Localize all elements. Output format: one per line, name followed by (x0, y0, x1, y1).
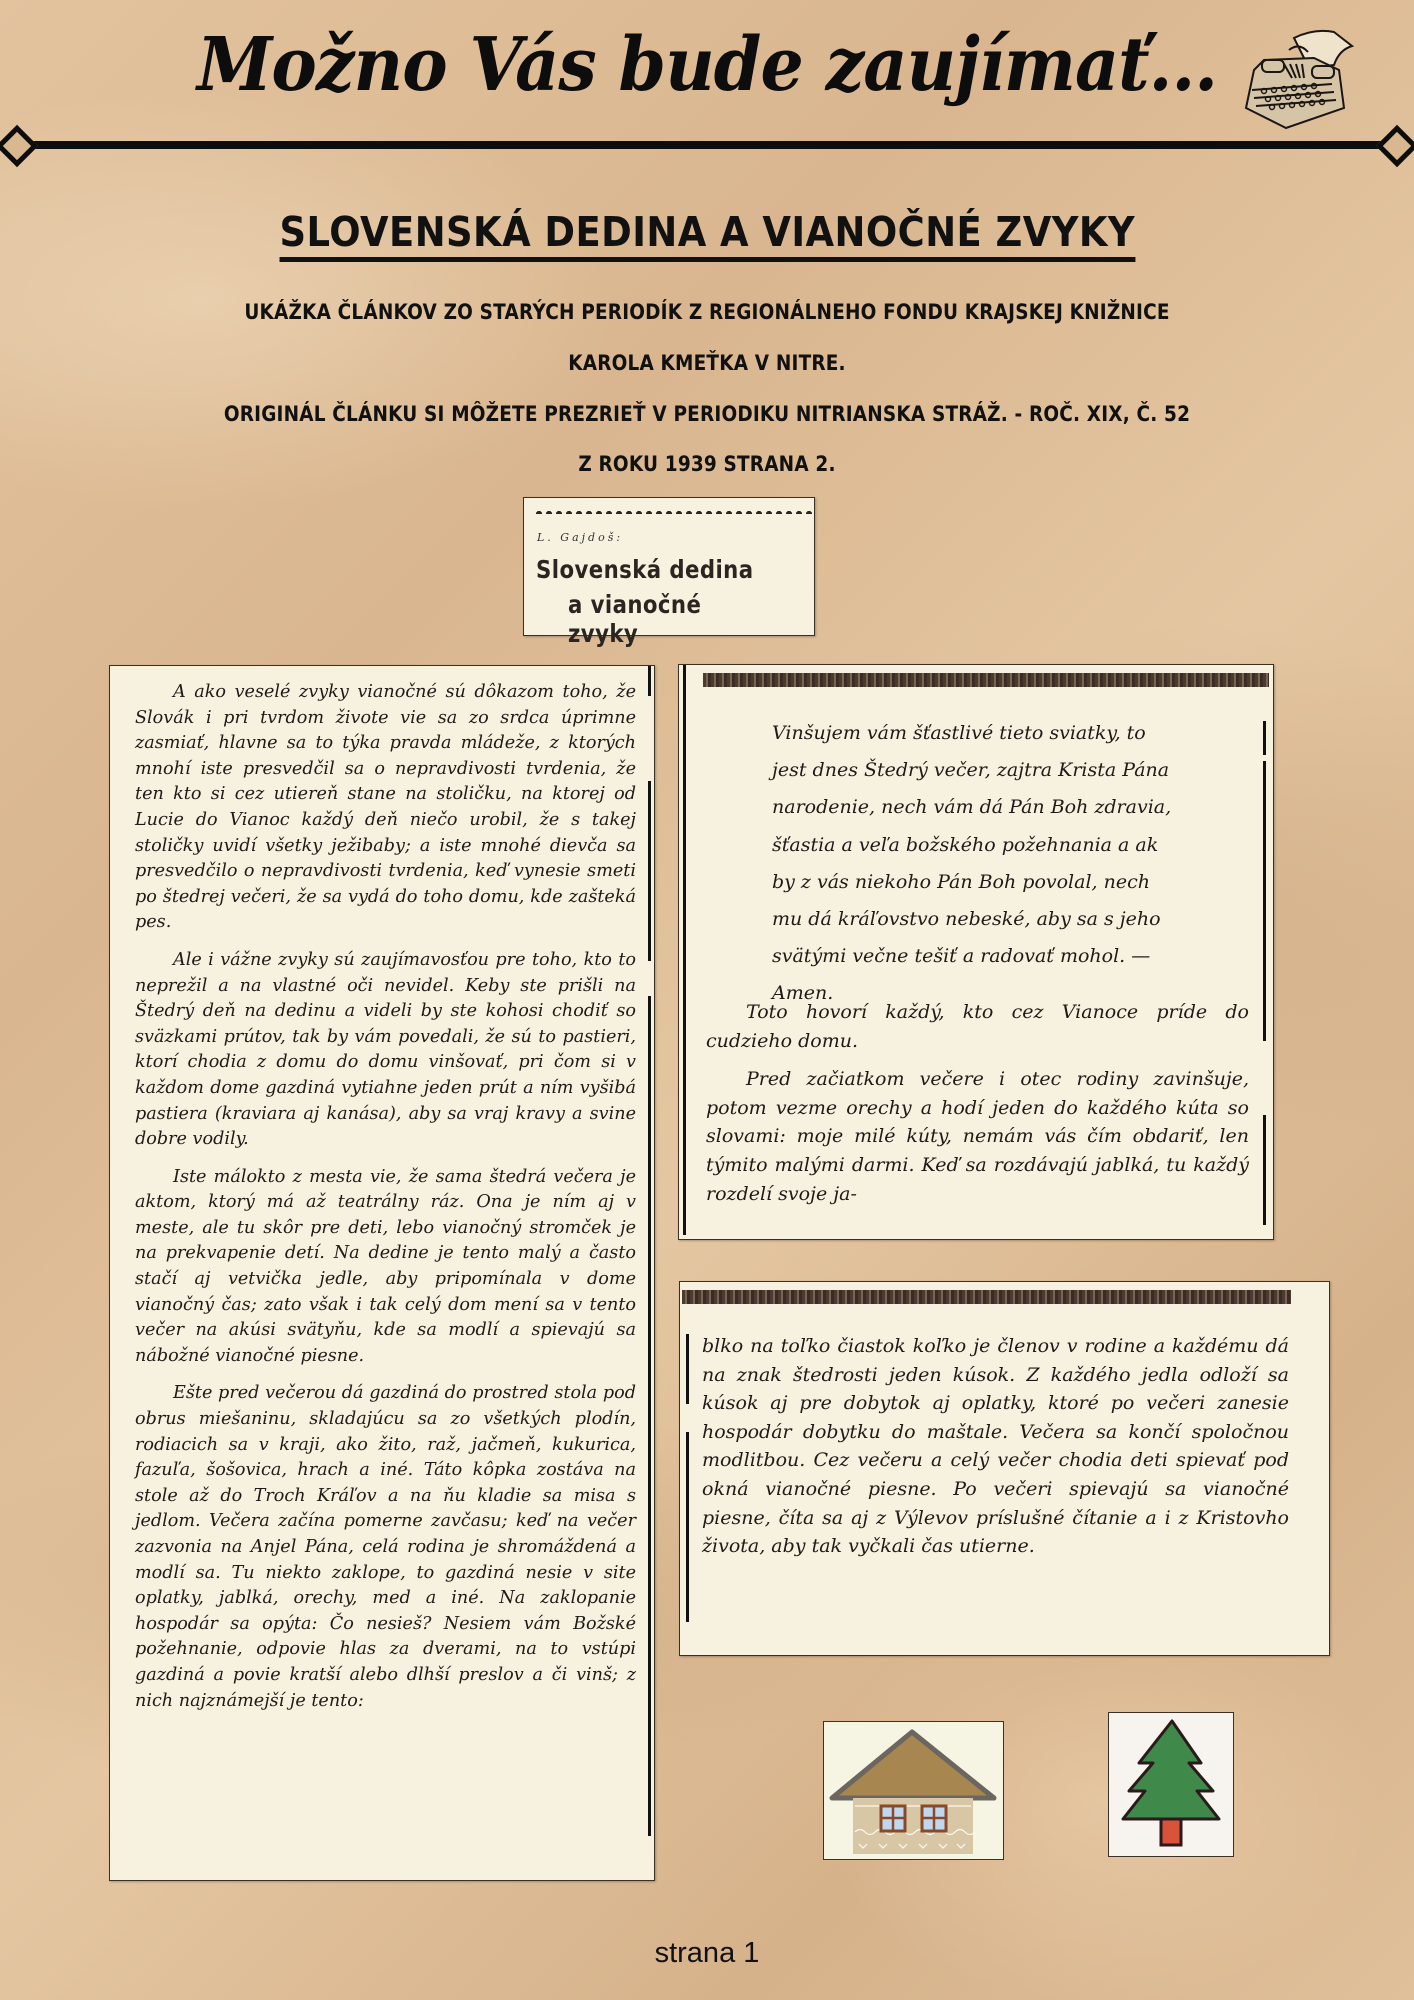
column-rule (648, 781, 651, 961)
column-rule (1263, 761, 1266, 1041)
page-number: strana 1 (0, 1937, 1414, 1970)
column-rule (1263, 1115, 1266, 1225)
verse-line: narodenie, nech vám dá Pán Boh zdravia, (772, 789, 1249, 826)
wave-ornament (534, 506, 812, 514)
article-column-2-clipping: Vinšujem vám šťastlivé tieto sviatky, to… (678, 664, 1274, 1240)
paragraph: A ako veselé zvyky vianočné sú dôkazom t… (135, 680, 636, 936)
verse-line: jest dnes Štedrý večer, zajtra Krista Pá… (772, 752, 1249, 789)
column-rule (648, 666, 651, 696)
paragraph: Ešte pred večerou dá gazdiná do prostred… (135, 1381, 636, 1714)
article-headline-clipping: L. Gajdoš: Slovenská dedina a vianočné z… (523, 497, 815, 636)
article-column-3-clipping: blko na toľko čiastok koľko je členov v … (679, 1281, 1330, 1656)
christmas-tree-icon (1109, 1713, 1233, 1856)
column-header-bar (703, 673, 1269, 687)
article-column-1-text: A ako veselé zvyky vianočné sú dôkazom t… (135, 680, 636, 1726)
article-column-3-text: blko na toľko čiastok koľko je členov v … (702, 1332, 1289, 1561)
column-rule (686, 1334, 689, 1404)
article-column-2-text: Toto hovorí každý, kto cez Vianoce príde… (706, 998, 1249, 1218)
paragraph: Pred začiatkom večere i otec rodiny zavi… (706, 1065, 1249, 1208)
subtitle-line-2: KAROLA KMEŤKA V NITRE. (85, 351, 1329, 375)
column-header-bar (682, 1290, 1291, 1304)
column-rule (683, 665, 686, 1235)
verse-line: Vinšujem vám šťastlivé tieto sviatky, to (772, 715, 1249, 752)
paragraph: Ale i vážne zvyky sú zaujímavosťou pre t… (135, 948, 636, 1153)
subtitle-line-3: ORIGINÁL ČLÁNKU SI MÔŽETE PREZRIEŤ V PER… (85, 402, 1329, 426)
paragraph: Iste málokto z mesta vie, že sama štedrá… (135, 1165, 636, 1370)
christmas-wish-verse: Vinšujem vám šťastlivé tieto sviatky, to… (772, 715, 1249, 1013)
paragraph: blko na toľko čiastok koľko je členov v … (702, 1332, 1289, 1561)
subtitle-line-4: Z ROKU 1939 STRANA 2. (85, 452, 1329, 476)
article-author: L. Gajdoš: (537, 531, 623, 544)
divider-diamond-right (1376, 125, 1414, 167)
article-headline-line-2: a vianočné zvyky (568, 590, 777, 648)
house-icon (824, 1722, 1003, 1859)
divider-diamond-left (0, 125, 38, 167)
header-divider (14, 141, 1400, 149)
verse-line: by z vás niekoho Pán Boh povolal, nech (772, 864, 1249, 901)
verse-line: svätými večne tešiť a radovať mohol. — (772, 938, 1249, 975)
paragraph: Toto hovorí každý, kto cez Vianoce príde… (706, 998, 1249, 1055)
verse-line: mu dá kráľovstvo nebeské, aby sa s jeho (772, 901, 1249, 938)
column-rule (648, 996, 651, 1836)
column-rule (686, 1432, 689, 1622)
subtitle-line-1: UKÁŽKA ČLÁNKOV ZO STARÝCH PERIODÍK Z REG… (85, 300, 1329, 324)
page-header-title: Možno Vás bude zaujímať... (57, 22, 1358, 108)
article-column-1-clipping: A ako veselé zvyky vianočné sú dôkazom t… (109, 665, 655, 1881)
verse-line: šťastia a veľa božského požehnania a ak (772, 827, 1249, 864)
typewriter-icon (1234, 20, 1358, 130)
section-title: SLOVENSKÁ DEDINA A VIANOČNÉ ZVYKY (0, 208, 1414, 262)
article-headline-line-1: Slovenská dedina (536, 555, 753, 584)
folk-house-illustration (823, 1721, 1004, 1860)
column-rule (1263, 721, 1266, 755)
section-title-text: SLOVENSKÁ DEDINA A VIANOČNÉ ZVYKY (279, 208, 1135, 262)
christmas-tree-illustration (1108, 1712, 1234, 1857)
